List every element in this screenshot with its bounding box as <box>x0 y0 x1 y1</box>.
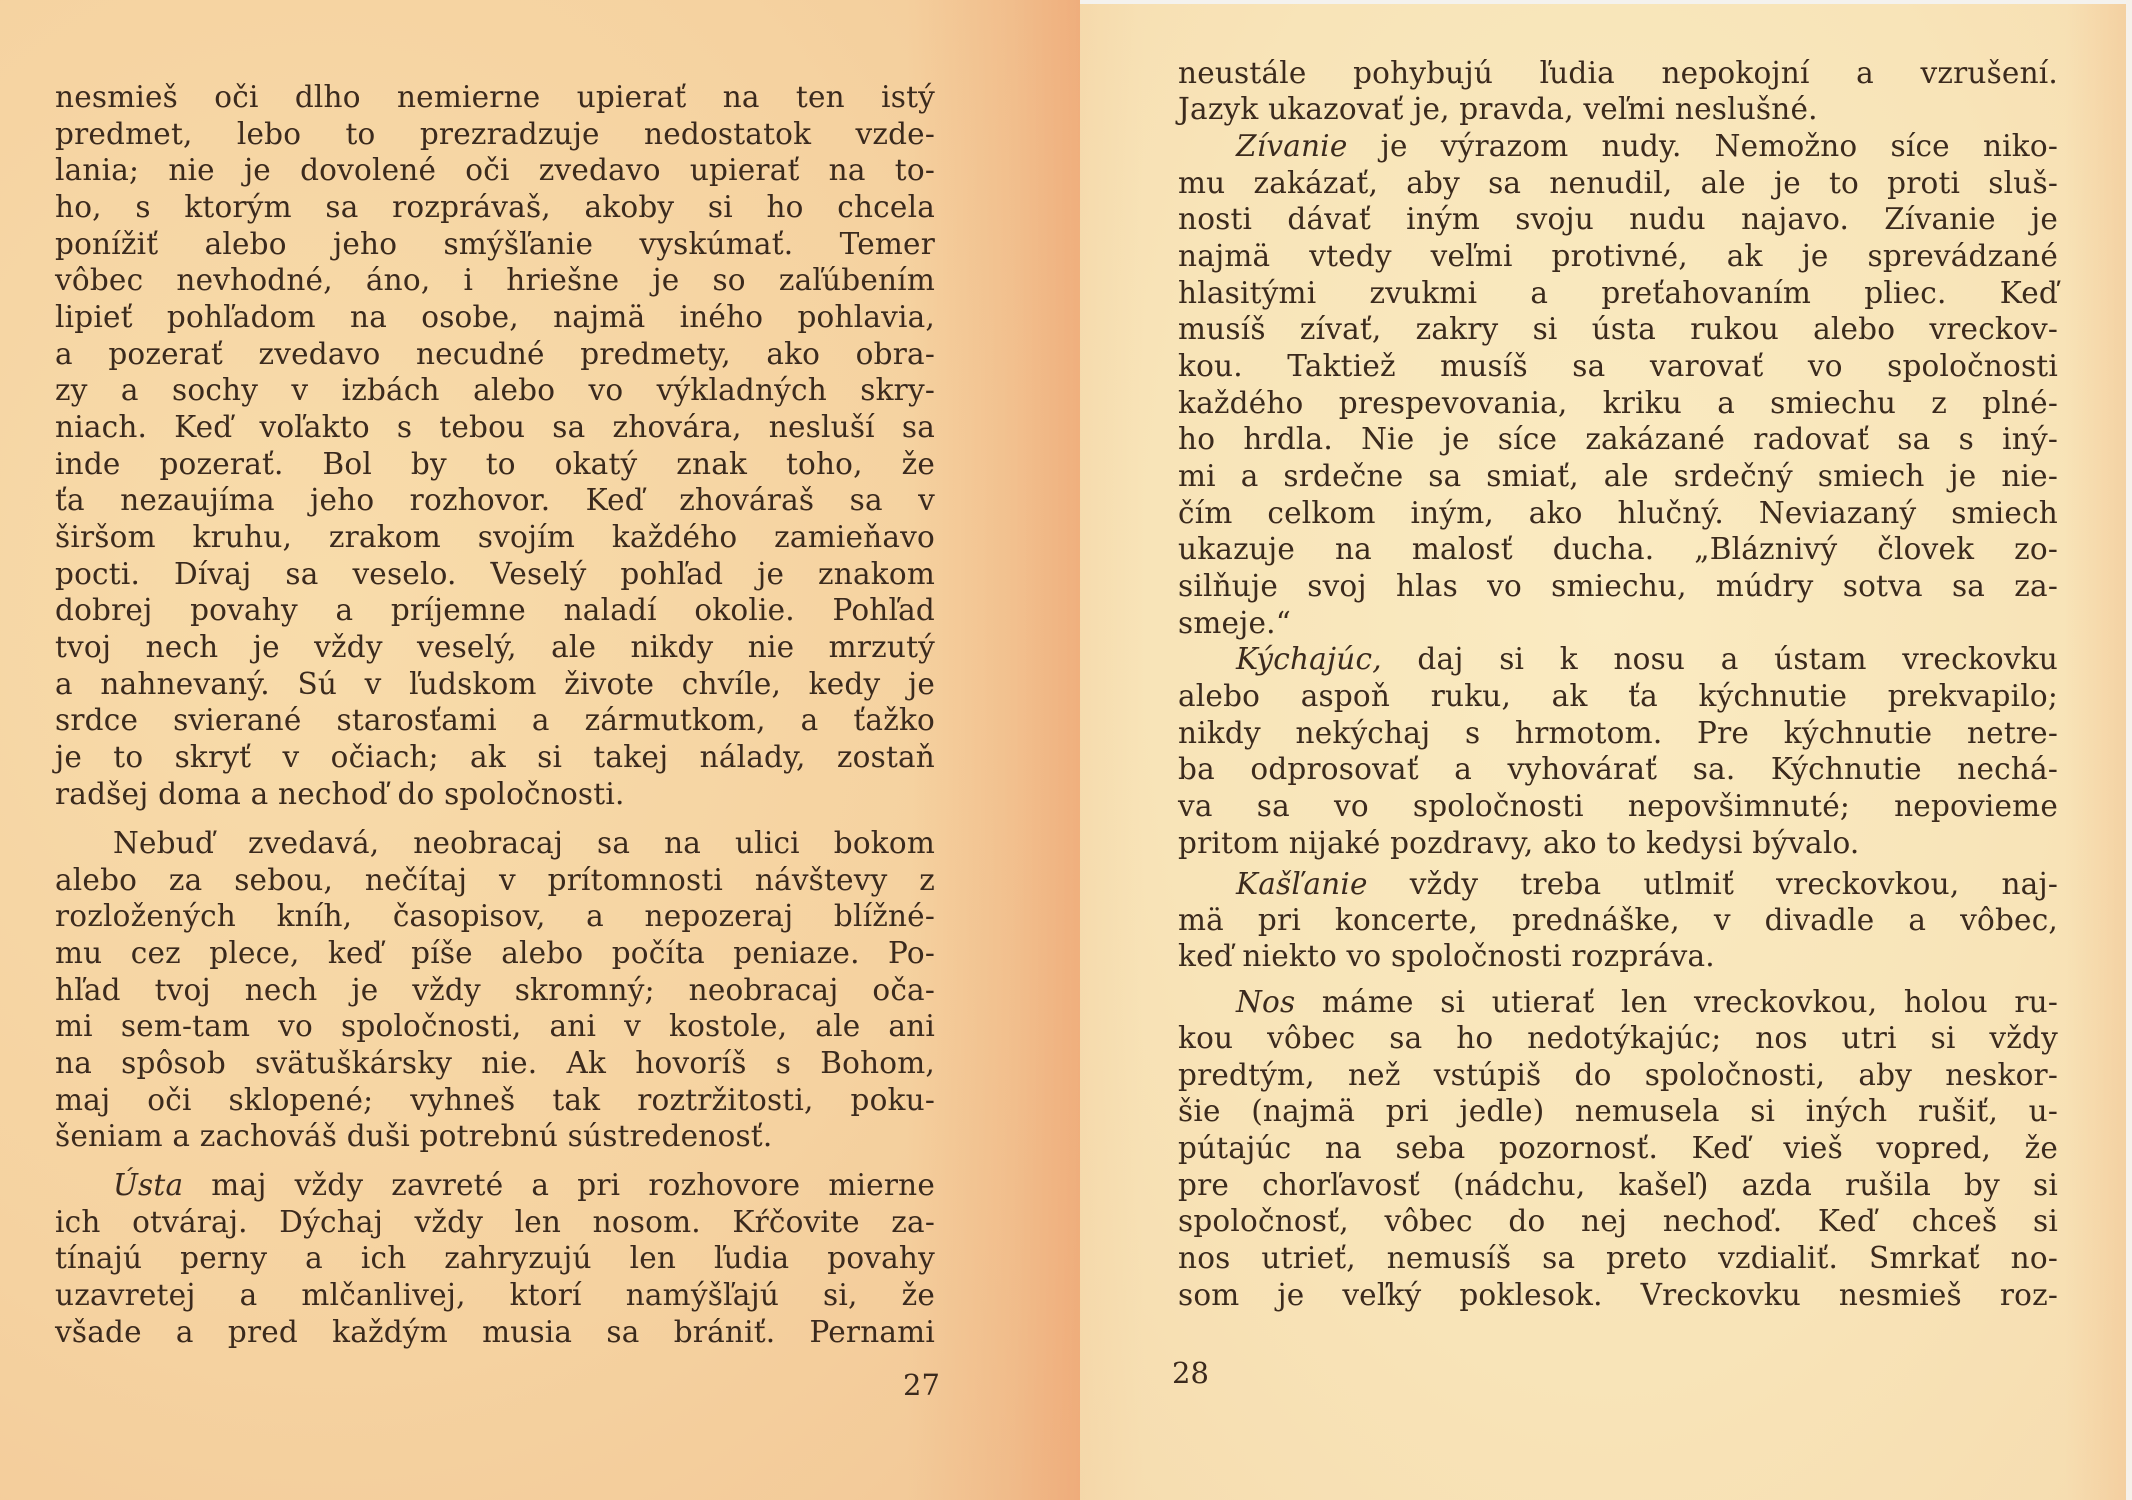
line-text: ho, s ktorým sa rozprávaš, akoby si ho c… <box>55 190 935 224</box>
line-text: zy a sochy v izbách alebo vo výkladných … <box>55 373 935 407</box>
text-line: je to skryť v očiach; ak si takej nálady… <box>55 739 935 775</box>
page-number-right: 28 <box>1172 1356 1209 1390</box>
text-line: pocti. Dívaj sa veselo. Veselý pohľad je… <box>55 556 935 592</box>
line-text: najmä vtedy veľmi protivné, ak je sprevá… <box>1178 239 2058 273</box>
text-line: hlasitými zvukmi a preťahovaním pliec. K… <box>1178 275 2058 311</box>
line-text: a pozerať zvedavo necudné predmety, ako … <box>55 337 935 371</box>
text-line: na spôsob svätuškársky nie. Ak hovoríš s… <box>55 1045 935 1081</box>
text-line: lipieť pohľadom na osobe, najmä iného po… <box>55 299 935 335</box>
text-line: všade a pred každým musia sa brániť. Per… <box>55 1314 935 1350</box>
text-line: inde pozerať. Bol by to okatý znak toho,… <box>55 446 935 482</box>
text-line: každého prespevovania, kriku a smiechu z… <box>1178 385 2058 421</box>
line-text: keď niekto vo spoločnosti rozpráva. <box>1178 939 1715 973</box>
line-text: niach. Keď voľakto s tebou sa zhovára, n… <box>55 410 935 444</box>
text-line: širšom kruhu, zrakom svojím každého zami… <box>55 519 935 555</box>
text-line: ho, s ktorým sa rozprávaš, akoby si ho c… <box>55 189 935 225</box>
left-page: nesmieš oči dlho nemierne upierať na ten… <box>0 0 1080 1500</box>
page-number-left: 27 <box>903 1368 940 1402</box>
line-text: pre chorľavosť (nádchu, kašeľ) azda ruši… <box>1178 1168 2058 1202</box>
text-line: dobrej povahy a príjemne naladí okolie. … <box>55 592 935 628</box>
text-line: spoločnosť, vôbec do nej nechoď. Keď chc… <box>1178 1203 2058 1239</box>
line-text: pútajúc na seba pozornosť. Keď vieš vopr… <box>1178 1131 2058 1165</box>
text-line: nikdy nekýchaj s hrmotom. Pre kýchnutie … <box>1178 715 2058 751</box>
text-line: kou. Taktiež musíš sa varovať vo spoločn… <box>1178 348 2058 384</box>
text-line: šie (najmä pri jedle) nemusela si iných … <box>1178 1093 2058 1129</box>
line-text: je to skryť v očiach; ak si takej nálady… <box>55 740 935 774</box>
text-line: Kašľanie vždy treba utlmiť vreckovkou, n… <box>1178 866 2058 902</box>
line-text: nesmieš oči dlho nemierne upierať na ten… <box>55 80 935 114</box>
line-text: máme si utierať len vreckovkou, holou ru… <box>1295 985 2058 1019</box>
text-line: predmet, lebo to prezradzuje nedostatok … <box>55 116 935 152</box>
text-line: rozložených kníh, časopisov, a nepozeraj… <box>55 898 935 934</box>
text-line: Zívanie je výrazom nudy. Nemožno síce ni… <box>1178 128 2058 164</box>
italic-keyword: Kašľanie <box>1236 867 1368 901</box>
text-line: ponížiť alebo jeho smýšľanie vyskúmať. T… <box>55 226 935 262</box>
line-text: smeje.“ <box>1178 606 1291 640</box>
line-text: všade a pred každým musia sa brániť. Per… <box>55 1315 935 1349</box>
text-line: pre chorľavosť (nádchu, kašeľ) azda ruši… <box>1178 1167 2058 1203</box>
scan-edge-right <box>2126 0 2132 1500</box>
line-text: lipieť pohľadom na osobe, najmä iného po… <box>55 300 935 334</box>
line-text: mu cez plece, keď píše alebo počíta peni… <box>55 936 935 970</box>
line-text: lania; nie je dovolené oči zvedavo upier… <box>55 153 935 187</box>
line-text: šeniam a zachováš duši potrebnú sústrede… <box>55 1119 772 1153</box>
italic-keyword: Zívanie <box>1236 129 1347 163</box>
text-line: hľad tvoj nech je vždy skromný; neobraca… <box>55 972 935 1008</box>
line-text: čím celkom iným, ako hlučný. Neviazaný s… <box>1178 496 2058 530</box>
line-text: nosti dávať iným svoju nudu najavo. Zíva… <box>1178 202 2058 236</box>
line-text: ukazuje na malosť ducha. „Bláznivý člove… <box>1178 532 2058 566</box>
text-line: a nahnevaný. Sú v ľudskom živote chvíle,… <box>55 666 935 702</box>
text-line: Nos máme si utierať len vreckovkou, holo… <box>1178 984 2058 1020</box>
line-text: pocti. Dívaj sa veselo. Veselý pohľad je… <box>55 557 935 591</box>
italic-keyword: Ústa <box>113 1168 183 1202</box>
line-text: neustále pohybujú ľudia nepokojní a vzru… <box>1178 56 2058 90</box>
book-spread: nesmieš oči dlho nemierne upierať na ten… <box>0 0 2132 1500</box>
text-line: mä pri koncerte, prednáške, v divadle a … <box>1178 902 2058 938</box>
line-text: vôbec nevhodné, áno, i hriešne je so zaľ… <box>55 263 935 297</box>
line-text: som je veľký poklesok. Vreckovku nesmieš… <box>1178 1278 2058 1312</box>
text-line: nosti dávať iným svoju nudu najavo. Zíva… <box>1178 201 2058 237</box>
line-text: Nebuď zvedavá, neobracaj sa na ulici bok… <box>113 826 935 860</box>
line-text: dobrej povahy a príjemne naladí okolie. … <box>55 593 935 627</box>
text-line: kou vôbec sa ho nedotýkajúc; nos utri si… <box>1178 1020 2058 1056</box>
line-text: vždy treba utlmiť vreckovkou, naj- <box>1368 867 2058 901</box>
text-line: mu zakázať, aby sa nenudil, ale je to pr… <box>1178 165 2058 201</box>
text-line: Nebuď zvedavá, neobracaj sa na ulici bok… <box>55 825 935 861</box>
line-text: tínajú perny a ich zahryzujú len ľudia p… <box>55 1241 935 1275</box>
text-line: čím celkom iným, ako hlučný. Neviazaný s… <box>1178 495 2058 531</box>
text-line: lania; nie je dovolené oči zvedavo upier… <box>55 152 935 188</box>
line-text: maj oči sklopené; vyhneš tak roztržitost… <box>55 1083 935 1117</box>
line-text: inde pozerať. Bol by to okatý znak toho,… <box>55 447 935 481</box>
text-line: ukazuje na malosť ducha. „Bláznivý člove… <box>1178 531 2058 567</box>
text-line: tínajú perny a ich zahryzujú len ľudia p… <box>55 1240 935 1276</box>
right-page: neustále pohybujú ľudia nepokojní a vzru… <box>1080 4 2128 1500</box>
line-text: alebo za sebou, nečítaj v prítomnosti ná… <box>55 863 935 897</box>
text-line: a pozerať zvedavo necudné predmety, ako … <box>55 336 935 372</box>
line-text: a nahnevaný. Sú v ľudskom živote chvíle,… <box>55 667 935 701</box>
text-line: uzavretej a mlčanlivej, ktorí namýšľajú … <box>55 1277 935 1313</box>
text-line: Kýchajúc, daj si k nosu a ústam vreckovk… <box>1178 641 2058 677</box>
line-text: alebo aspoň ruku, ak ťa kýchnutie prekva… <box>1178 679 2058 713</box>
line-text: hlasitými zvukmi a preťahovaním pliec. K… <box>1178 276 2058 310</box>
line-text: radšej doma a nechoď do spoločnosti. <box>55 777 625 811</box>
line-text: maj vždy zavreté a pri rozhovore mierne <box>183 1168 935 1202</box>
line-text: šie (najmä pri jedle) nemusela si iných … <box>1178 1094 2058 1128</box>
text-line: alebo za sebou, nečítaj v prítomnosti ná… <box>55 862 935 898</box>
line-text: spoločnosť, vôbec do nej nechoď. Keď chc… <box>1178 1204 2058 1238</box>
text-line: mi sem-tam vo spoločnosti, ani v kostole… <box>55 1008 935 1044</box>
line-text: predtým, než vstúpiš do spoločnosti, aby… <box>1178 1058 2058 1092</box>
line-text: Jazyk ukazovať je, pravda, veľmi neslušn… <box>1178 92 1818 126</box>
text-line: najmä vtedy veľmi protivné, ak je sprevá… <box>1178 238 2058 274</box>
line-text: tvoj nech je vždy veselý, ale nikdy nie … <box>55 630 935 664</box>
text-line: musíš zívať, zakry si ústa rukou alebo v… <box>1178 311 2058 347</box>
text-line: mi a srdečne sa smiať, ale srdečný smiec… <box>1178 458 2058 494</box>
line-text: je výrazom nudy. Nemožno síce niko- <box>1347 129 2058 163</box>
text-line: keď niekto vo spoločnosti rozpráva. <box>1178 938 2058 974</box>
line-text: pritom nijaké pozdravy, ako to kedysi bý… <box>1178 826 1859 860</box>
line-text: daj si k nosu a ústam vreckovku <box>1382 642 2058 676</box>
text-line: va sa vo spoločnosti nepovšimnuté; nepov… <box>1178 788 2058 824</box>
line-text: každého prespevovania, kriku a smiechu z… <box>1178 386 2058 420</box>
line-text: predmet, lebo to prezradzuje nedostatok … <box>55 117 935 151</box>
line-text: širšom kruhu, zrakom svojím každého zami… <box>55 520 935 554</box>
text-line: tvoj nech je vždy veselý, ale nikdy nie … <box>55 629 935 665</box>
text-line: alebo aspoň ruku, ak ťa kýchnutie prekva… <box>1178 678 2058 714</box>
text-line: pritom nijaké pozdravy, ako to kedysi bý… <box>1178 825 2058 861</box>
text-line: ba odprosovať a vyhovárať sa. Kýchnutie … <box>1178 751 2058 787</box>
line-text: na spôsob svätuškársky nie. Ak hovoríš s… <box>55 1046 935 1080</box>
line-text: va sa vo spoločnosti nepovšimnuté; nepov… <box>1178 789 2058 823</box>
line-text: mi a srdečne sa smiať, ale srdečný smiec… <box>1178 459 2058 493</box>
line-text: ich otváraj. Dýchaj vždy len nosom. Kŕčo… <box>55 1205 935 1239</box>
line-text: hľad tvoj nech je vždy skromný; neobraca… <box>55 973 935 1007</box>
italic-keyword: Nos <box>1236 985 1295 1019</box>
line-text: kou. Taktiež musíš sa varovať vo spoločn… <box>1178 349 2058 383</box>
text-line: neustále pohybujú ľudia nepokojní a vzru… <box>1178 55 2058 91</box>
line-text: ponížiť alebo jeho smýšľanie vyskúmať. T… <box>55 227 935 261</box>
text-line: ich otváraj. Dýchaj vždy len nosom. Kŕčo… <box>55 1204 935 1240</box>
text-line: maj oči sklopené; vyhneš tak roztržitost… <box>55 1082 935 1118</box>
text-line: šeniam a zachováš duši potrebnú sústrede… <box>55 1118 935 1154</box>
text-line: som je veľký poklesok. Vreckovku nesmieš… <box>1178 1277 2058 1313</box>
line-text: ho hrdla. Nie je síce zakázané radovať s… <box>1178 422 2058 456</box>
text-line: niach. Keď voľakto s tebou sa zhovára, n… <box>55 409 935 445</box>
text-line: Jazyk ukazovať je, pravda, veľmi neslušn… <box>1178 91 2058 127</box>
line-text: silňuje svoj hlas vo smiechu, múdry sotv… <box>1178 569 2058 603</box>
text-line: ho hrdla. Nie je síce zakázané radovať s… <box>1178 421 2058 457</box>
text-line: mu cez plece, keď píše alebo počíta peni… <box>55 935 935 971</box>
text-line: ťa nezaujíma jeho rozhovor. Keď zhováraš… <box>55 482 935 518</box>
line-text: uzavretej a mlčanlivej, ktorí namýšľajú … <box>55 1278 935 1312</box>
line-text: srdce svierané starosťami a zármutkom, a… <box>55 703 935 737</box>
text-line: nos utrieť, nemusíš sa preto vzdialiť. S… <box>1178 1240 2058 1276</box>
line-text: nos utrieť, nemusíš sa preto vzdialiť. S… <box>1178 1241 2058 1275</box>
text-line: zy a sochy v izbách alebo vo výkladných … <box>55 372 935 408</box>
line-text: ťa nezaujíma jeho rozhovor. Keď zhováraš… <box>55 483 935 517</box>
text-line: srdce svierané starosťami a zármutkom, a… <box>55 702 935 738</box>
text-line: nesmieš oči dlho nemierne upierať na ten… <box>55 79 935 115</box>
text-line: radšej doma a nechoď do spoločnosti. <box>55 776 935 812</box>
text-line: silňuje svoj hlas vo smiechu, múdry sotv… <box>1178 568 2058 604</box>
line-text: kou vôbec sa ho nedotýkajúc; nos utri si… <box>1178 1021 2058 1055</box>
text-line: predtým, než vstúpiš do spoločnosti, aby… <box>1178 1057 2058 1093</box>
text-line: Ústa maj vždy zavreté a pri rozhovore mi… <box>55 1167 935 1203</box>
line-text: mi sem-tam vo spoločnosti, ani v kostole… <box>55 1009 935 1043</box>
line-text: mä pri koncerte, prednáške, v divadle a … <box>1178 903 2058 937</box>
line-text: musíš zívať, zakry si ústa rukou alebo v… <box>1178 312 2058 346</box>
line-text: rozložených kníh, časopisov, a nepozeraj… <box>55 899 935 933</box>
text-line: smeje.“ <box>1178 605 2058 641</box>
line-text: nikdy nekýchaj s hrmotom. Pre kýchnutie … <box>1178 716 2058 750</box>
line-text: ba odprosovať a vyhovárať sa. Kýchnutie … <box>1178 752 2058 786</box>
text-line: pútajúc na seba pozornosť. Keď vieš vopr… <box>1178 1130 2058 1166</box>
italic-keyword: Kýchajúc, <box>1236 642 1382 676</box>
line-text: mu zakázať, aby sa nenudil, ale je to pr… <box>1178 166 2058 200</box>
text-line: vôbec nevhodné, áno, i hriešne je so zaľ… <box>55 262 935 298</box>
